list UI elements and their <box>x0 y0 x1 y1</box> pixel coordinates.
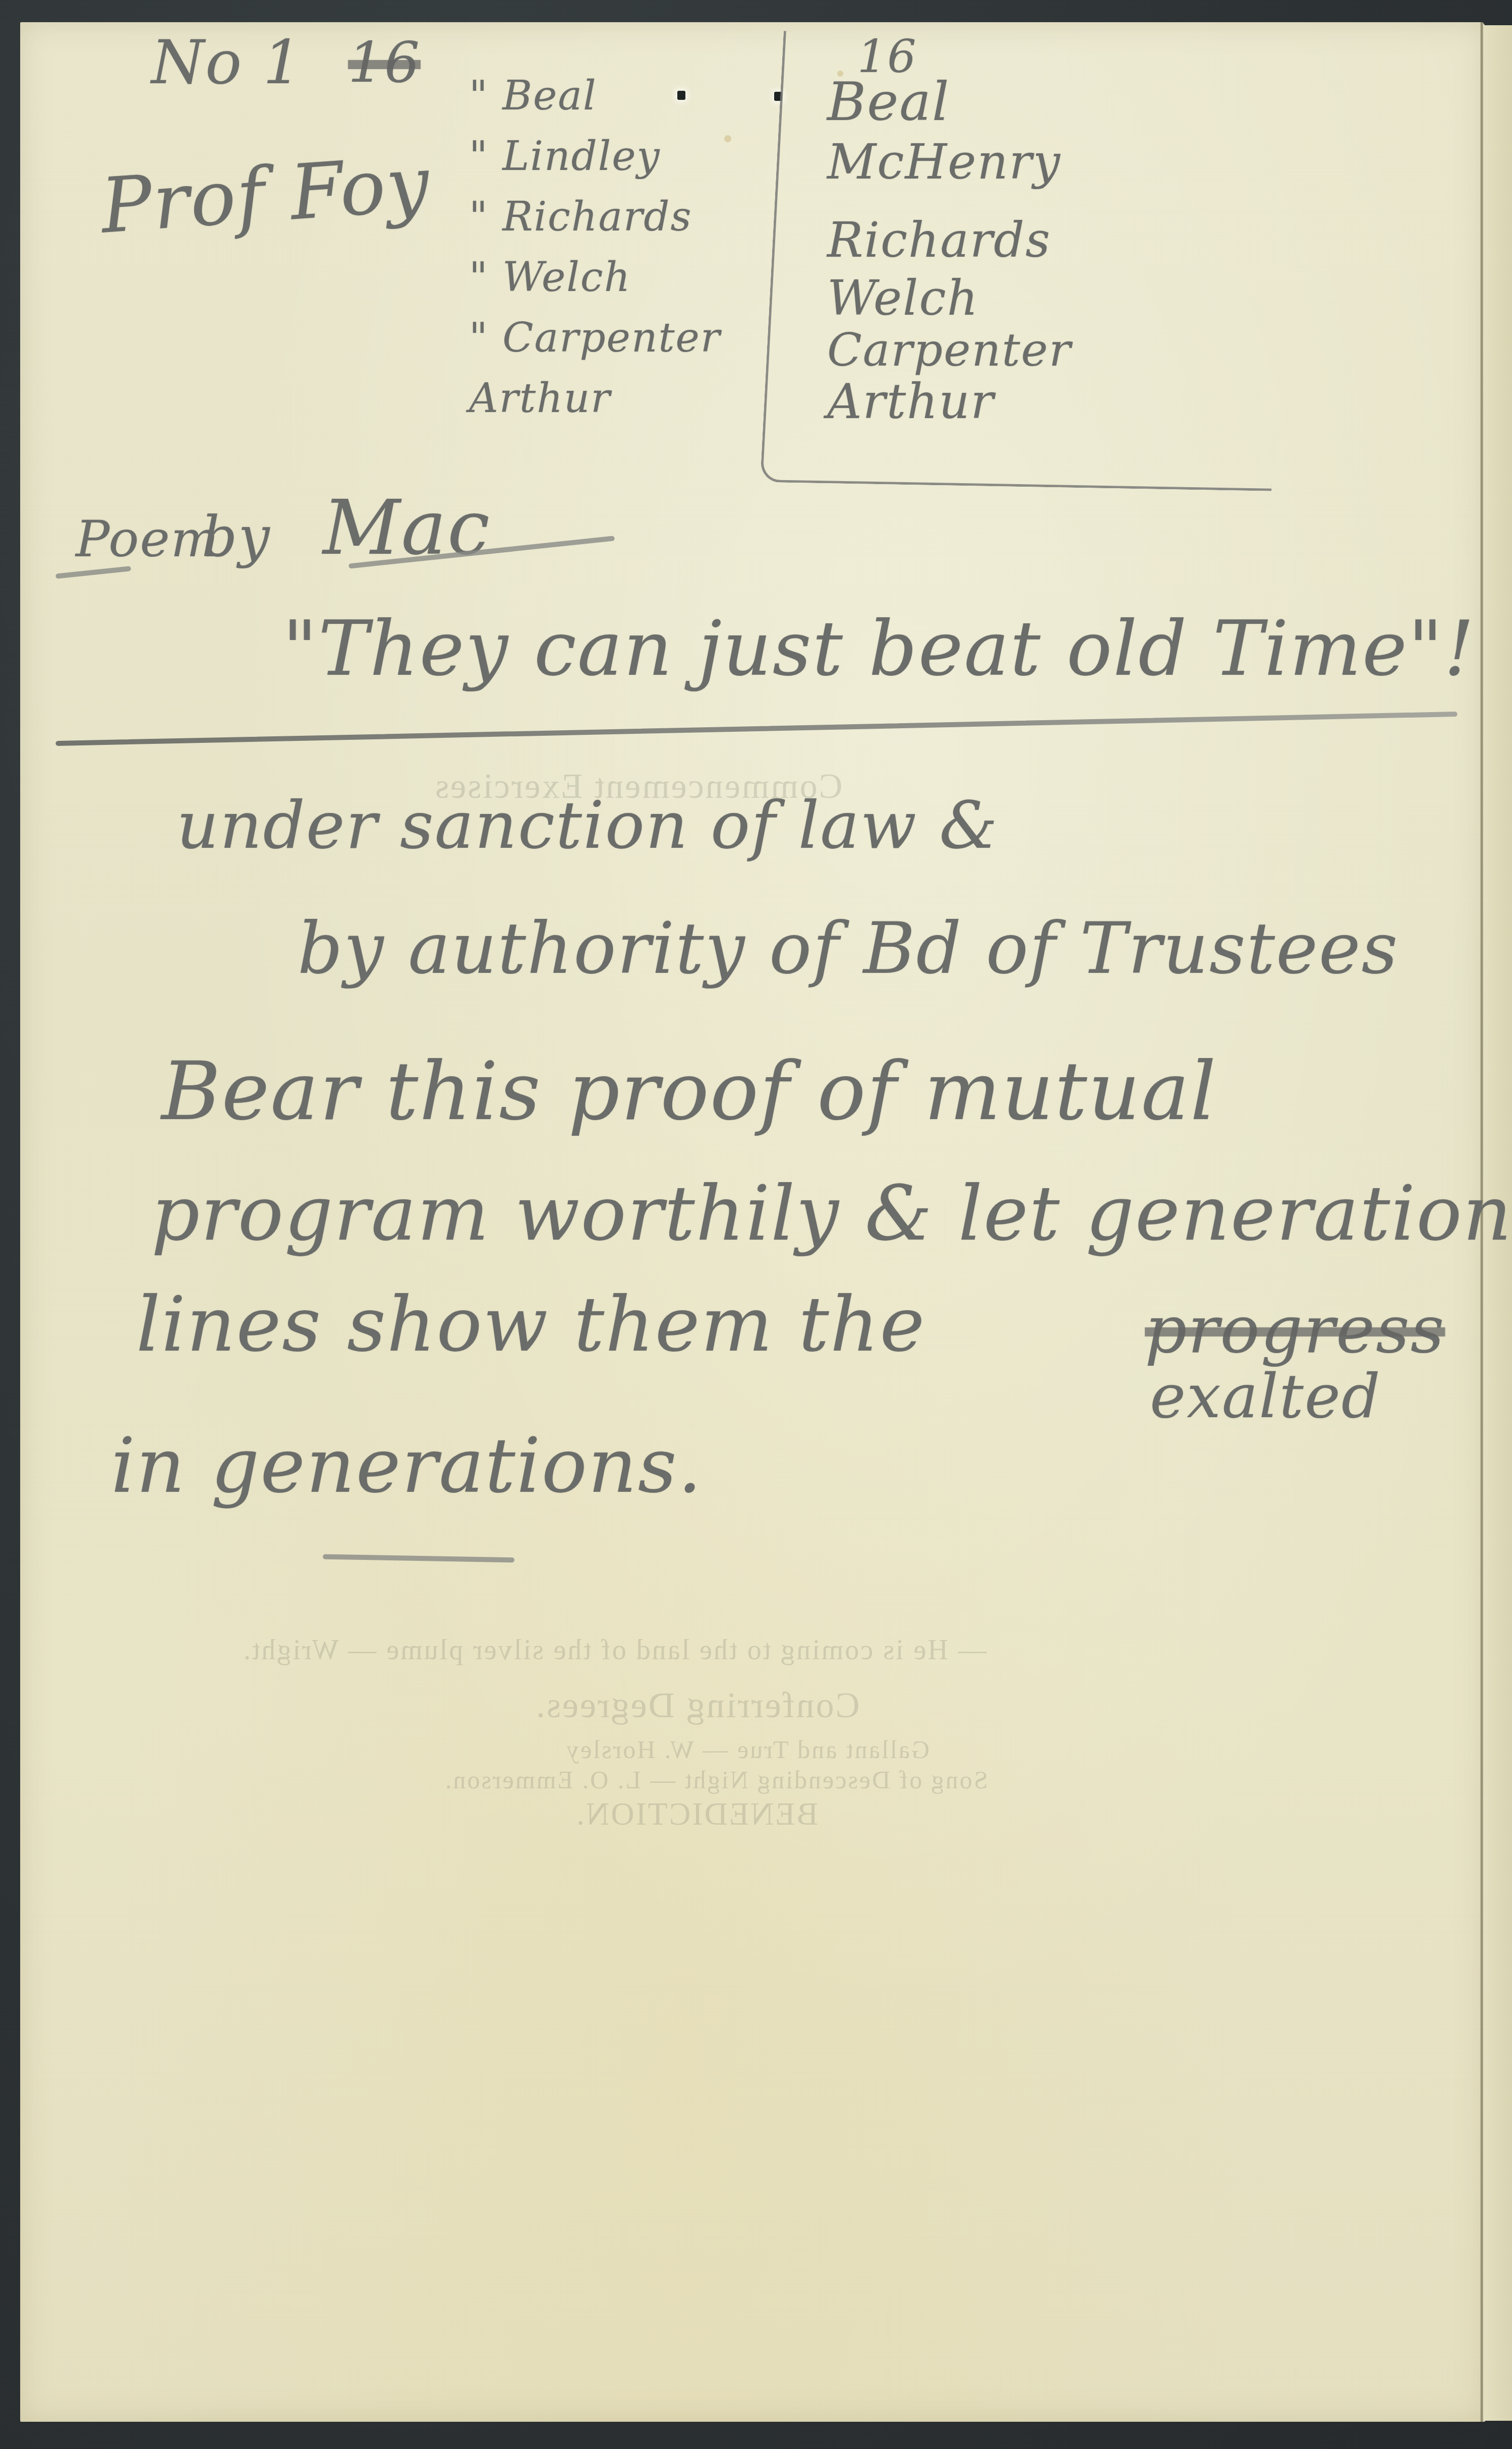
name-list-left: " Beal " Lindley " Richards " Welch " Ca… <box>469 76 721 419</box>
list-item: Beal <box>827 76 1072 129</box>
list-item: " Carpenter <box>469 318 721 358</box>
show-through-line: Gallant and True — W. Horsley <box>565 1735 929 1764</box>
poem-label: Poem <box>76 509 219 568</box>
note-number: No 1 <box>151 28 303 98</box>
show-through-benediction: BENEDICTION. <box>575 1795 818 1833</box>
struck-word: progress <box>1145 1291 1445 1368</box>
list-item: McHenry <box>827 139 1072 187</box>
show-through-heading: Conferring Degrees. <box>535 1684 860 1726</box>
list-item: " Richards <box>469 197 721 237</box>
foxing-stain <box>724 135 731 142</box>
body-line-4: program worthily & let generations <box>151 1170 1512 1258</box>
struck-number: 16 <box>348 30 421 95</box>
body-line-5: lines show them the <box>136 1281 925 1369</box>
list-item: Carpenter <box>827 328 1072 373</box>
poem-by: by <box>202 504 271 569</box>
list-item: " Lindley <box>469 136 721 177</box>
show-through-line: Song of Descending Night — L. O. Emmerso… <box>444 1765 988 1794</box>
list-item: Arthur <box>469 378 721 419</box>
list-item: " Welch <box>469 257 721 298</box>
inserted-word: exalted <box>1150 1362 1381 1432</box>
list-item: Arthur <box>827 378 1072 426</box>
list-item: " Beal <box>469 76 721 116</box>
list-item: Welch <box>827 275 1072 323</box>
poem-title-quote: "They can just beat old Time"! <box>282 605 1475 693</box>
body-line-3: Bear this proof of mutual <box>161 1044 1217 1138</box>
body-line-6: in generations. <box>111 1422 703 1510</box>
body-line-1: under sanction of law & <box>177 787 999 863</box>
body-line-2: by authority of Bd of Trustees <box>298 908 1399 990</box>
show-through-line: — He is coming to the land of the silver… <box>242 1634 986 1666</box>
name-list-right: Beal McHenry Richards Welch Carpenter Ar… <box>827 76 1072 426</box>
list-item: Richards <box>827 217 1072 265</box>
